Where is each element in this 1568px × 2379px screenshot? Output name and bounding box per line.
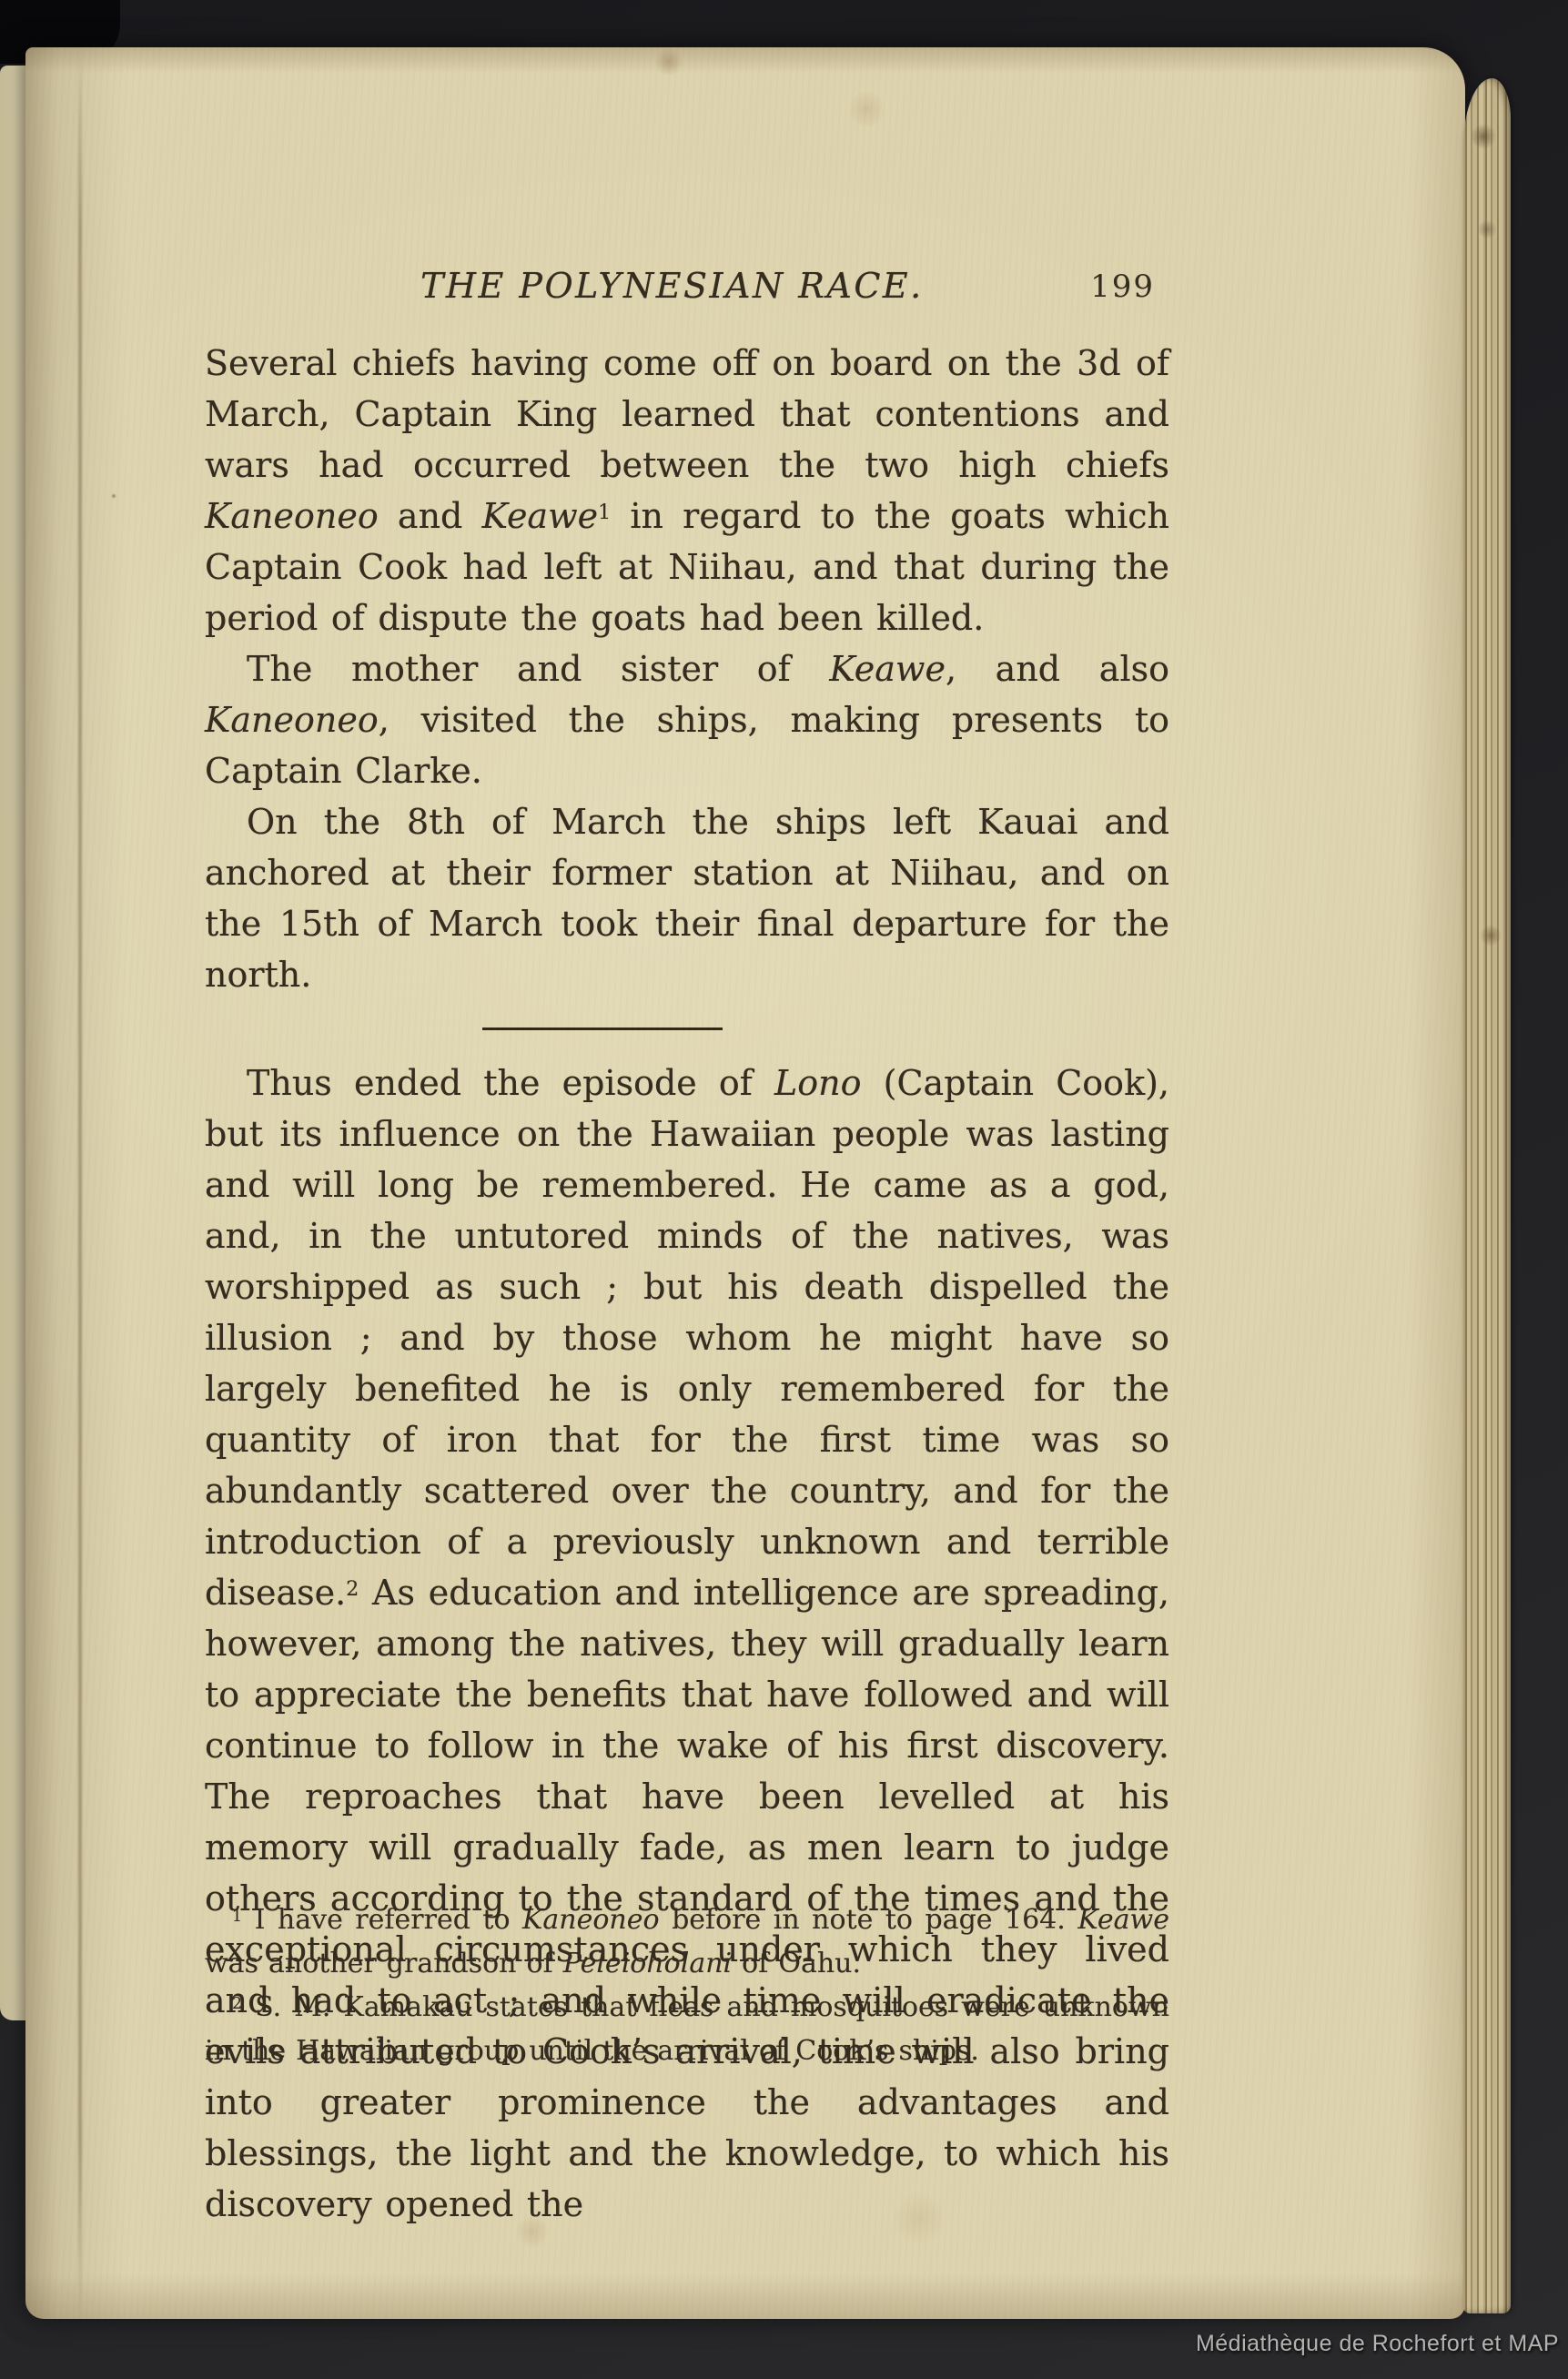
- italic-run: Keawe: [1077, 1904, 1169, 1936]
- italic-run: Kaneoneo: [205, 496, 379, 536]
- footnote-marker: 2: [232, 1995, 242, 2013]
- text-run: Several chiefs having come off on board …: [205, 343, 1169, 485]
- text-run: before in note to page 164.: [660, 1904, 1078, 1936]
- page-number: 199: [1090, 268, 1155, 305]
- italic-run: Kaneoneo: [205, 700, 379, 740]
- book-page: THE POLYNESIAN RACE. 199 Several chiefs …: [25, 47, 1465, 2319]
- text-run: The mother and sister of: [247, 649, 829, 689]
- text-run: and: [379, 496, 482, 536]
- watermark: Médiathèque de Rochefort et MAP: [1196, 2331, 1559, 2357]
- page-edge-stack: [1463, 78, 1511, 2313]
- footnotes: 1 I have referred to Kaneoneo before in …: [205, 1898, 1169, 2073]
- text-run: was another grandson of: [205, 1948, 563, 1979]
- text-run: S. M. Kamakau states that fleas and mosq…: [205, 1991, 1169, 2067]
- footnote-2: 2 S. M. Kamakau states that fleas and mo…: [205, 1986, 1169, 2073]
- italic-run: Keawe: [829, 649, 946, 689]
- italic-run: Keawe: [482, 496, 599, 536]
- footnote-marker: 1: [232, 1908, 242, 1926]
- italic-run: Kaneoneo: [522, 1904, 660, 1936]
- italic-run: Peleioholani: [563, 1948, 732, 1979]
- section-divider: [482, 1028, 723, 1030]
- text-run: On the 8th of March the ships left Kauai…: [205, 802, 1169, 995]
- text-run: Thus ended the episode of: [247, 1063, 774, 1103]
- text-run: I have referred to: [242, 1904, 522, 1936]
- text-run: of Oahu.: [732, 1948, 861, 1979]
- gutter-shadow: [78, 47, 82, 2319]
- italic-run: Lono: [774, 1063, 861, 1103]
- footnote-1: 1 I have referred to Kaneoneo before in …: [205, 1898, 1169, 1986]
- body-paragraph-3: On the 8th of March the ships left Kauai…: [205, 796, 1169, 1000]
- body-paragraph-1: Several chiefs having come off on board …: [205, 338, 1169, 643]
- running-title: THE POLYNESIAN RACE.: [420, 266, 924, 306]
- running-header: THE POLYNESIAN RACE. 199: [205, 266, 1169, 311]
- text-run: (Captain Cook), but its influence on the…: [205, 1063, 1169, 1613]
- footnote-marker: 1: [598, 501, 611, 524]
- body-paragraph-2: The mother and sister of Keawe, and also…: [205, 643, 1169, 796]
- scan-backdrop: THE POLYNESIAN RACE. 199 Several chiefs …: [0, 0, 1568, 2379]
- footnote-marker: 2: [346, 1578, 359, 1601]
- text-run: , and also: [946, 649, 1169, 689]
